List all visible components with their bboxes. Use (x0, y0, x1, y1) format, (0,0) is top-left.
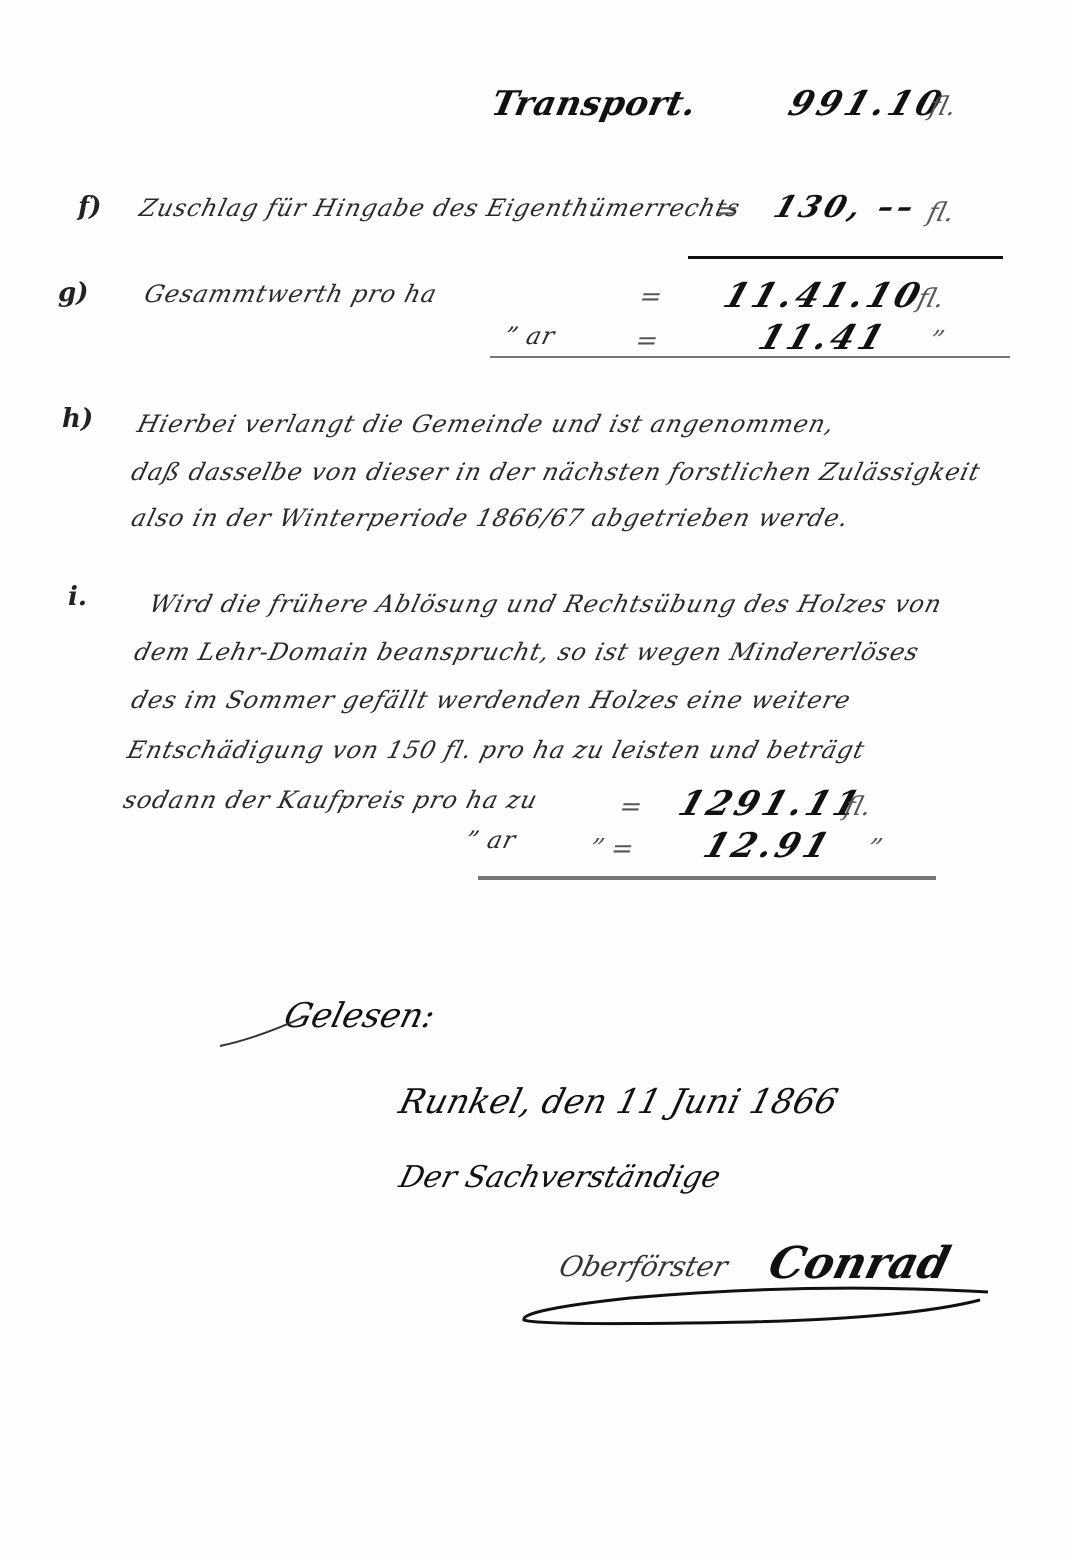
item-i-line-5: sodann der Kaufpreis pro ha zu (121, 786, 541, 814)
transport-value: 991.10 (784, 84, 951, 124)
item-i-line-4: Entschädigung von 150 fl. pro ha zu leis… (125, 736, 869, 764)
item-i-line-1: Wird die frühere Ablösung und Rechtsübun… (147, 590, 946, 618)
item-f-unit: fl. (924, 198, 957, 228)
signature-title: Oberförster (556, 1250, 731, 1283)
item-f-value: 130, –– (769, 190, 922, 225)
item-i-line-3: des im Sommer gefällt werdenden Holzes e… (129, 686, 855, 714)
item-g-row1-label: Gesammtwerth pro ha (142, 280, 441, 308)
sum-rule-i (478, 876, 936, 880)
item-g-row2-value: 11.41 (754, 318, 893, 358)
item-g-row1-value: 11.41.10 (719, 276, 930, 316)
item-h-marker: h) (62, 404, 93, 434)
read-flourish (218, 1010, 308, 1050)
item-i-line-2: dem Lehr-Domain beansprucht, so ist wege… (132, 638, 923, 666)
item-g-row1-equals: = (636, 282, 665, 312)
item-g-row2-equals: = (632, 326, 661, 356)
item-h-line-1: Hierbei verlangt die Gemeinde und ist an… (135, 410, 838, 438)
item-h-line-2: daß dasselbe von dieser in der nächsten … (129, 458, 984, 486)
item-g-marker: g) (58, 278, 88, 308)
item-i-row2-unit: ” (864, 834, 885, 864)
transport-label: Transport. (488, 84, 700, 124)
item-g-row2-unit: ” (926, 326, 947, 356)
item-i-row2-label: ” ar (463, 826, 520, 854)
item-i-row2-value: 12.91 (699, 826, 838, 866)
item-i-row1-equals: = (616, 792, 645, 822)
signature-flourish (510, 1282, 990, 1328)
sum-rule-g (490, 356, 1010, 358)
item-f-marker: f) (78, 192, 102, 222)
item-i-row2-equals: ” = (586, 834, 637, 864)
item-i-row1-value: 1291.11 (674, 784, 869, 824)
sum-rule-f (688, 256, 1003, 259)
item-g-row2-label: ” ar (502, 322, 559, 350)
document-page: Transport. 991.10 fl. f) Zuschlag für Hi… (0, 0, 1072, 1560)
item-h-line-3: also in der Winterperiode 1866/67 abgetr… (129, 504, 852, 532)
item-f-text: Zuschlag für Hingabe des Eigenthümerrech… (137, 194, 744, 222)
role-label: Der Sachverständige (396, 1160, 724, 1195)
place-date: Runkel, den 11 Juni 1866 (395, 1082, 842, 1122)
item-i-marker: i. (68, 582, 87, 612)
